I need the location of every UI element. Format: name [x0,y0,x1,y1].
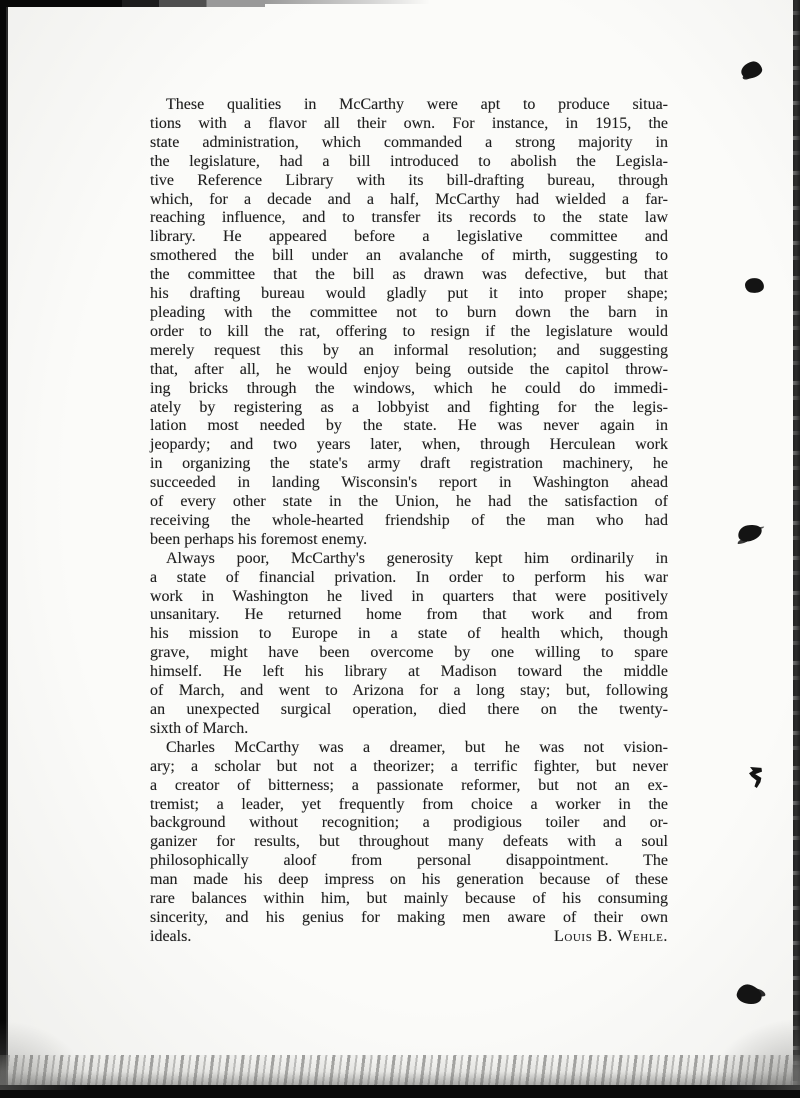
text-line: merely request this by an informal resol… [150,342,668,361]
scanned-page: These qualities in McCarthy were apt to … [0,0,800,1098]
text-line: order to kill the rat, offering to resig… [150,323,668,342]
scan-edge-left [0,0,8,1086]
text-line: a state of financial privation. In order… [150,569,668,588]
text-line: that, after all, he would enjoy being ou… [150,361,668,380]
text-line: ing bricks through the windows, which he… [150,380,668,399]
text-line: unsanitary. He returned home from that w… [150,606,668,625]
text-line: an unexpected surgical operation, died t… [150,701,668,720]
text-line: receiving the whole-hearted friendship o… [150,512,668,531]
text-block: These qualities in McCarthy were apt to … [150,96,668,947]
text-line: grave, might have been overcome by one w… [150,644,668,663]
text-line: sixth of March. [150,720,668,739]
scan-edge-right [793,0,800,1098]
text-line: work in Washington he lived in quarters … [150,588,668,607]
scan-noise-bottom [0,1055,800,1085]
text-line: tions with a flavor all their own. For i… [150,115,668,134]
scan-edge-top-faded [265,0,430,4]
text-line: the committee that the bill as drawn was… [150,266,668,285]
text-line: ately by registering as a lobbyist and f… [150,399,668,418]
text-line: philosophically aloof from personal disa… [150,852,668,871]
paragraph: These qualities in McCarthy were apt to … [150,96,668,550]
text-line: pleading with the committee not to burn … [150,304,668,323]
text-line: of every other state in the Union, he ha… [150,493,668,512]
text-line: which, for a decade and a half, McCarthy… [150,191,668,210]
text-line: reaching influence, and to transfer its … [150,209,668,228]
text-line: lation most needed by the state. He was … [150,417,668,436]
text-line: rare balances within him, but mainly bec… [150,890,668,909]
text-line: Always poor, McCarthy's generosity kept … [150,550,668,569]
ink-blob-3 [737,523,763,543]
ink-blob-5 [735,982,764,1006]
text-line: Charles McCarthy was a dreamer, but he w… [150,739,668,758]
text-line: tive Reference Library with its bill-dra… [150,172,668,191]
text-line: his drafting bureau would gladly put it … [150,285,668,304]
paragraph: Always poor, McCarthy's generosity kept … [150,550,668,739]
ink-blob-1 [739,60,763,81]
corner-smudge-left [0,1020,90,1090]
paragraph: Charles McCarthy was a dreamer, but he w… [150,739,668,928]
text-line: the legislature, had a bill introduced t… [150,153,668,172]
ink-blob-2 [744,277,765,294]
signature-lead: ideals. [150,928,191,947]
text-line: succeeded in landing Wisconsin's report … [150,474,668,493]
scan-edge-bottom [0,1085,800,1098]
ink-blob-4 [749,767,762,788]
text-line: ary; a scholar but not a theorizer; a te… [150,758,668,777]
text-line: These qualities in McCarthy were apt to … [150,96,668,115]
text-line: a creator of bitterness; a passionate re… [150,777,668,796]
text-line: his mission to Europe in a state of heal… [150,625,668,644]
text-line: library. He appeared before a legislativ… [150,228,668,247]
text-line: state administration, which commanded a … [150,134,668,153]
corner-smudge-right [710,1020,800,1090]
text-line: jeopardy; and two years later, when, thr… [150,436,668,455]
text-line: been perhaps his foremost enemy. [150,531,668,550]
signature-line: ideals. Louis B. Wehle. [150,928,668,947]
text-line: in organizing the state's army draft reg… [150,455,668,474]
scan-edge-top [0,0,265,7]
text-line: tremist; a leader, yet frequently from c… [150,796,668,815]
text-line: man made his deep impress on his generat… [150,871,668,890]
text-line: smothered the bill under an avalanche of… [150,247,668,266]
text-line: ganizer for results, but throughout many… [150,833,668,852]
text-line: sincerity, and his genius for making men… [150,909,668,928]
text-line: background without recognition; a prodig… [150,814,668,833]
text-line: of March, and went to Arizona for a long… [150,682,668,701]
signature-name: Louis B. Wehle. [554,928,668,947]
text-line: himself. He left his library at Madison … [150,663,668,682]
